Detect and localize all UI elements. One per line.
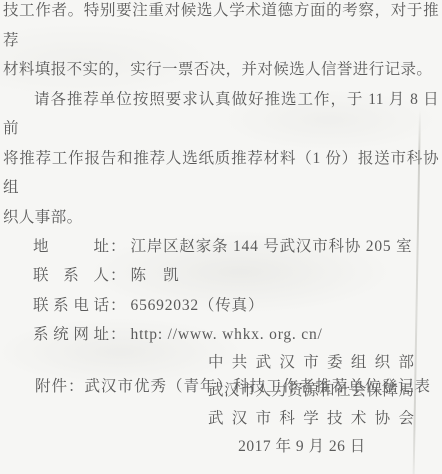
body-line-4: 将推荐工作报告和推荐人选纸质推荐材料（1 份）报送市科协组 xyxy=(3,144,439,203)
contact-row-person: 联系人：陈 凯 xyxy=(33,261,442,290)
contact-colon: ： xyxy=(110,326,126,343)
contact-row-address: 地址：江岸区赵家条 144 号武汉市科协 205 室 xyxy=(33,232,442,261)
signature-org-1: 中共武汉市委组织部 xyxy=(208,349,414,377)
contact-colon: ： xyxy=(110,297,126,314)
contact-label-phone: 联系电话 xyxy=(33,291,109,320)
document-page: 技工作者。特别要注重对候选人学术道德方面的考察，对于推荐 材料填报不实的，实行一… xyxy=(0,0,442,474)
body-line-1: 技工作者。特别要注重对候选人学术道德方面的考察，对于推荐 xyxy=(3,0,439,55)
signature-org-3: 武汉市科学技术协会 xyxy=(208,405,414,433)
contact-block: 地址：江岸区赵家条 144 号武汉市科协 205 室 联系人：陈 凯 联系电话：… xyxy=(33,232,442,350)
signature-block: 中共武汉市委组织部 武汉市人力资源和社会保障局 武汉市科学技术协会 2017 年… xyxy=(208,349,414,461)
body-line-5: 织人事部。 xyxy=(3,203,439,233)
contact-value-phone: 65692032（传真） xyxy=(131,297,265,314)
contact-colon: ： xyxy=(110,267,126,284)
contact-colon: ： xyxy=(110,238,126,255)
contact-label-person: 联系人 xyxy=(33,261,109,290)
contact-value-website: http: //www. whkx. org. cn/ xyxy=(131,326,323,343)
contact-value-person: 陈 凯 xyxy=(131,267,180,284)
body-paragraphs: 技工作者。特别要注重对候选人学术道德方面的考察，对于推荐 材料填报不实的，实行一… xyxy=(0,0,442,232)
contact-row-phone: 联系电话：65692032（传真） xyxy=(33,291,442,320)
contact-label-address: 地址 xyxy=(33,232,109,261)
body-line-3: 请各推荐单位按照要求认真做好推选工作，于 11 月 8 日前 xyxy=(3,85,439,144)
contact-value-address: 江岸区赵家条 144 号武汉市科协 205 室 xyxy=(131,238,413,255)
contact-row-website: 系统网址：http: //www. whkx. org. cn/ xyxy=(33,320,442,349)
contact-label-website: 系统网址 xyxy=(33,320,109,349)
signature-org-2: 武汉市人力资源和社会保障局 xyxy=(208,377,414,405)
body-line-2: 材料填报不实的，实行一票否决，并对候选人信誉进行记录。 xyxy=(3,55,439,85)
signature-date: 2017 年 9 月 26 日 xyxy=(208,433,414,461)
